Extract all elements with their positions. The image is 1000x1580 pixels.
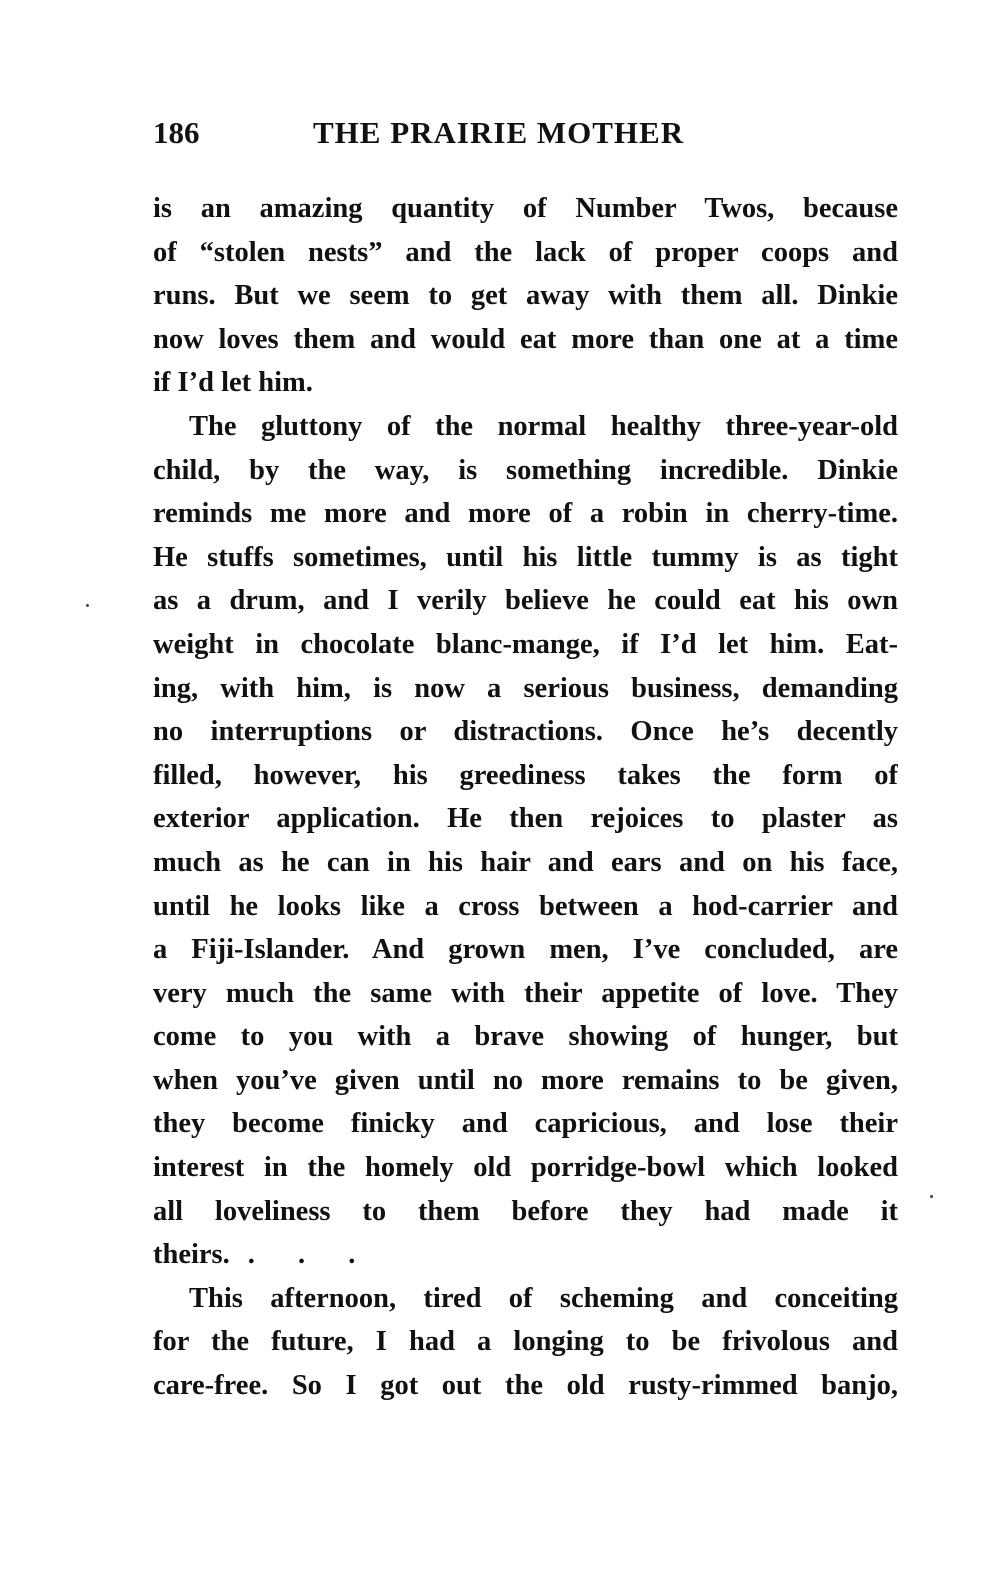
page-number: 186 [153, 113, 200, 153]
text-line-final: theirs.. . . [153, 1233, 898, 1277]
text-line: He stuffs sometimes, until his little tu… [153, 536, 898, 580]
book-page: 186 THE PRAIRIE MOTHER is an amazing qua… [0, 0, 1000, 1580]
text-line: child, by the way, is something incredib… [153, 449, 898, 493]
scan-speck [930, 1195, 933, 1198]
text-line: care-free. So I got out the old rusty-ri… [153, 1364, 898, 1408]
ellipsis: . . . [248, 1239, 374, 1270]
running-title: THE PRAIRIE MOTHER [313, 113, 684, 153]
paragraph-2: The gluttony of the normal healthy three… [153, 405, 898, 1277]
text-line: exterior application. He then rejoices t… [153, 797, 898, 841]
text-line: This afternoon, tired of scheming and co… [153, 1277, 898, 1321]
text-line: interest in the homely old porridge-bowl… [153, 1146, 898, 1190]
text-fragment: theirs. [153, 1239, 230, 1270]
text-line: reminds me more and more of a robin in c… [153, 492, 898, 536]
text-line: when you’ve given until no more remains … [153, 1059, 898, 1103]
scan-speck [86, 604, 89, 607]
text-line: runs. But we seem to get away with them … [153, 274, 898, 318]
text-line: they become finicky and capricious, and … [153, 1102, 898, 1146]
running-head: 186 THE PRAIRIE MOTHER [153, 113, 898, 153]
paragraph-3: This afternoon, tired of scheming and co… [153, 1277, 898, 1408]
text-line: as a drum, and I verily believe he could… [153, 579, 898, 623]
text-line: until he looks like a cross between a ho… [153, 885, 898, 929]
body-text: is an amazing quantity of Number Twos, b… [153, 187, 898, 1408]
text-line: for the future, I had a longing to be fr… [153, 1320, 898, 1364]
text-line: filled, however, his greediness takes th… [153, 754, 898, 798]
text-line: of “stolen nests” and the lack of proper… [153, 231, 898, 275]
text-line: come to you with a brave showing of hung… [153, 1015, 898, 1059]
paragraph-1: is an amazing quantity of Number Twos, b… [153, 187, 898, 405]
text-line: is an amazing quantity of Number Twos, b… [153, 187, 898, 231]
text-line: weight in chocolate blanc-mange, if I’d … [153, 623, 898, 667]
text-line: now loves them and would eat more than o… [153, 318, 898, 362]
text-line: The gluttony of the normal healthy three… [153, 405, 898, 449]
text-line: no interruptions or distractions. Once h… [153, 710, 898, 754]
text-line: ing, with him, is now a serious business… [153, 667, 898, 711]
text-line: very much the same with their appetite o… [153, 972, 898, 1016]
text-line: all loveliness to them before they had m… [153, 1190, 898, 1234]
text-line: much as he can in his hair and ears and … [153, 841, 898, 885]
text-line: a Fiji-Islander. And grown men, I’ve con… [153, 928, 898, 972]
text-line: if I’d let him. [153, 361, 898, 405]
